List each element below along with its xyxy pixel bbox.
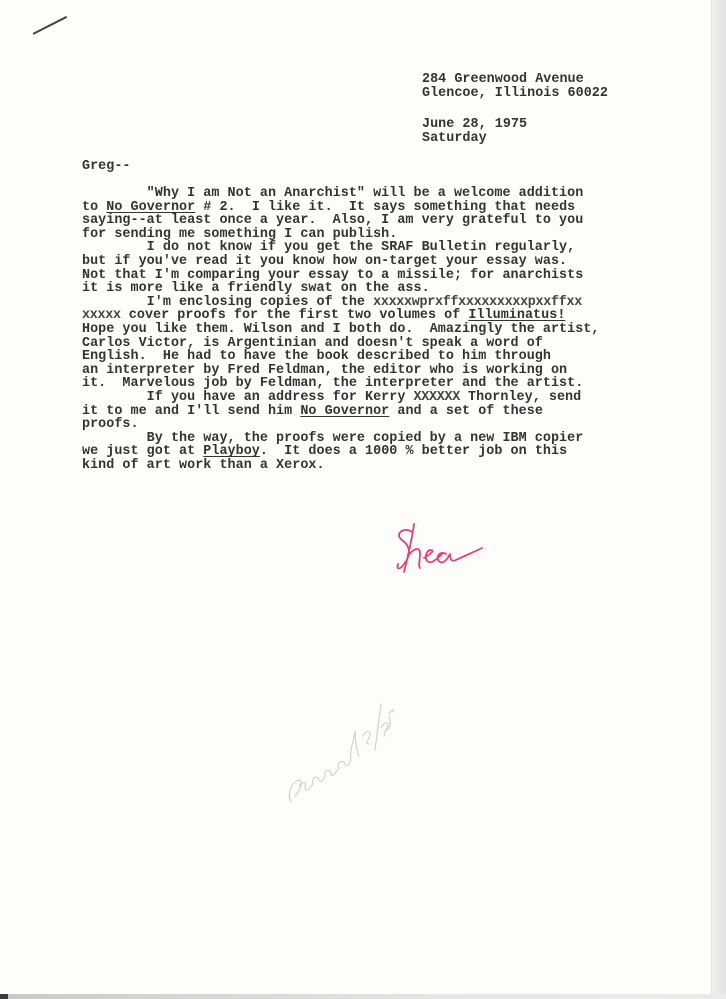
body-line: I do not know if you get the SRAF Bullet… [82, 241, 599, 255]
body-line: xxxxx cover proofs for the first two vol… [82, 309, 599, 323]
body-line: an interpreter by Fred Feldman, the edit… [82, 364, 599, 378]
body-line: proofs. [82, 418, 599, 432]
body-line: but if you've read it you know how on-ta… [82, 255, 599, 269]
letter-body: "Why I am Not an Anarchist" will be a we… [82, 187, 599, 472]
body-line: Not that I'm comparing your essay to a m… [82, 269, 599, 283]
body-line: it to me and I'll send him No Governor a… [82, 405, 599, 419]
salutation: Greg-- [82, 160, 131, 174]
body-line: we just got at Playboy. It does a 1000 %… [82, 445, 599, 459]
address-line-1: 284 Greenwood Avenue [422, 73, 608, 87]
letter-date: June 28, 1975Saturday [422, 118, 527, 145]
body-line: English. He had to have the book describ… [82, 350, 599, 364]
body-line: Hope you like them. Wilson and I both do… [82, 323, 599, 337]
body-line: for sending me something I can publish. [82, 228, 599, 242]
body-text-segment: and a set of these [389, 404, 543, 419]
body-line: "Why I am Not an Anarchist" will be a we… [82, 187, 599, 201]
body-line: kind of art work than a Xerox. [82, 459, 599, 473]
signature-shea [390, 520, 500, 580]
body-text-segment: kind of art work than a Xerox. [82, 458, 325, 473]
body-line: By the way, the proofs were copied by a … [82, 432, 599, 446]
date-line-2: Saturday [422, 132, 527, 146]
body-line: it is more like a friendly swat on the a… [82, 282, 599, 296]
body-line: Carlos Victor, is Argentinian and doesn'… [82, 337, 599, 351]
page-bottom-edge [0, 994, 726, 999]
body-line: I'm enclosing copies of the xxxxxwprxffx… [82, 296, 599, 310]
letter-page [0, 0, 712, 994]
date-line-1: June 28, 1975 [422, 118, 527, 132]
body-line: saying--at least once a year. Also, I am… [82, 214, 599, 228]
sender-address: 284 Greenwood AvenueGlencoe, Illinois 60… [422, 73, 608, 100]
body-line: If you have an address for Kerry XXXXXX … [82, 391, 599, 405]
body-line: to No Governor # 2. I like it. It says s… [82, 201, 599, 215]
handwritten-answered-note [285, 690, 395, 810]
underlined-title: No Governor [300, 404, 389, 419]
page-edge-shadow [711, 0, 726, 999]
body-line: it. Marvelous job by Feldman, the interp… [82, 377, 599, 391]
address-line-2: Glencoe, Illinois 60022 [422, 87, 608, 101]
